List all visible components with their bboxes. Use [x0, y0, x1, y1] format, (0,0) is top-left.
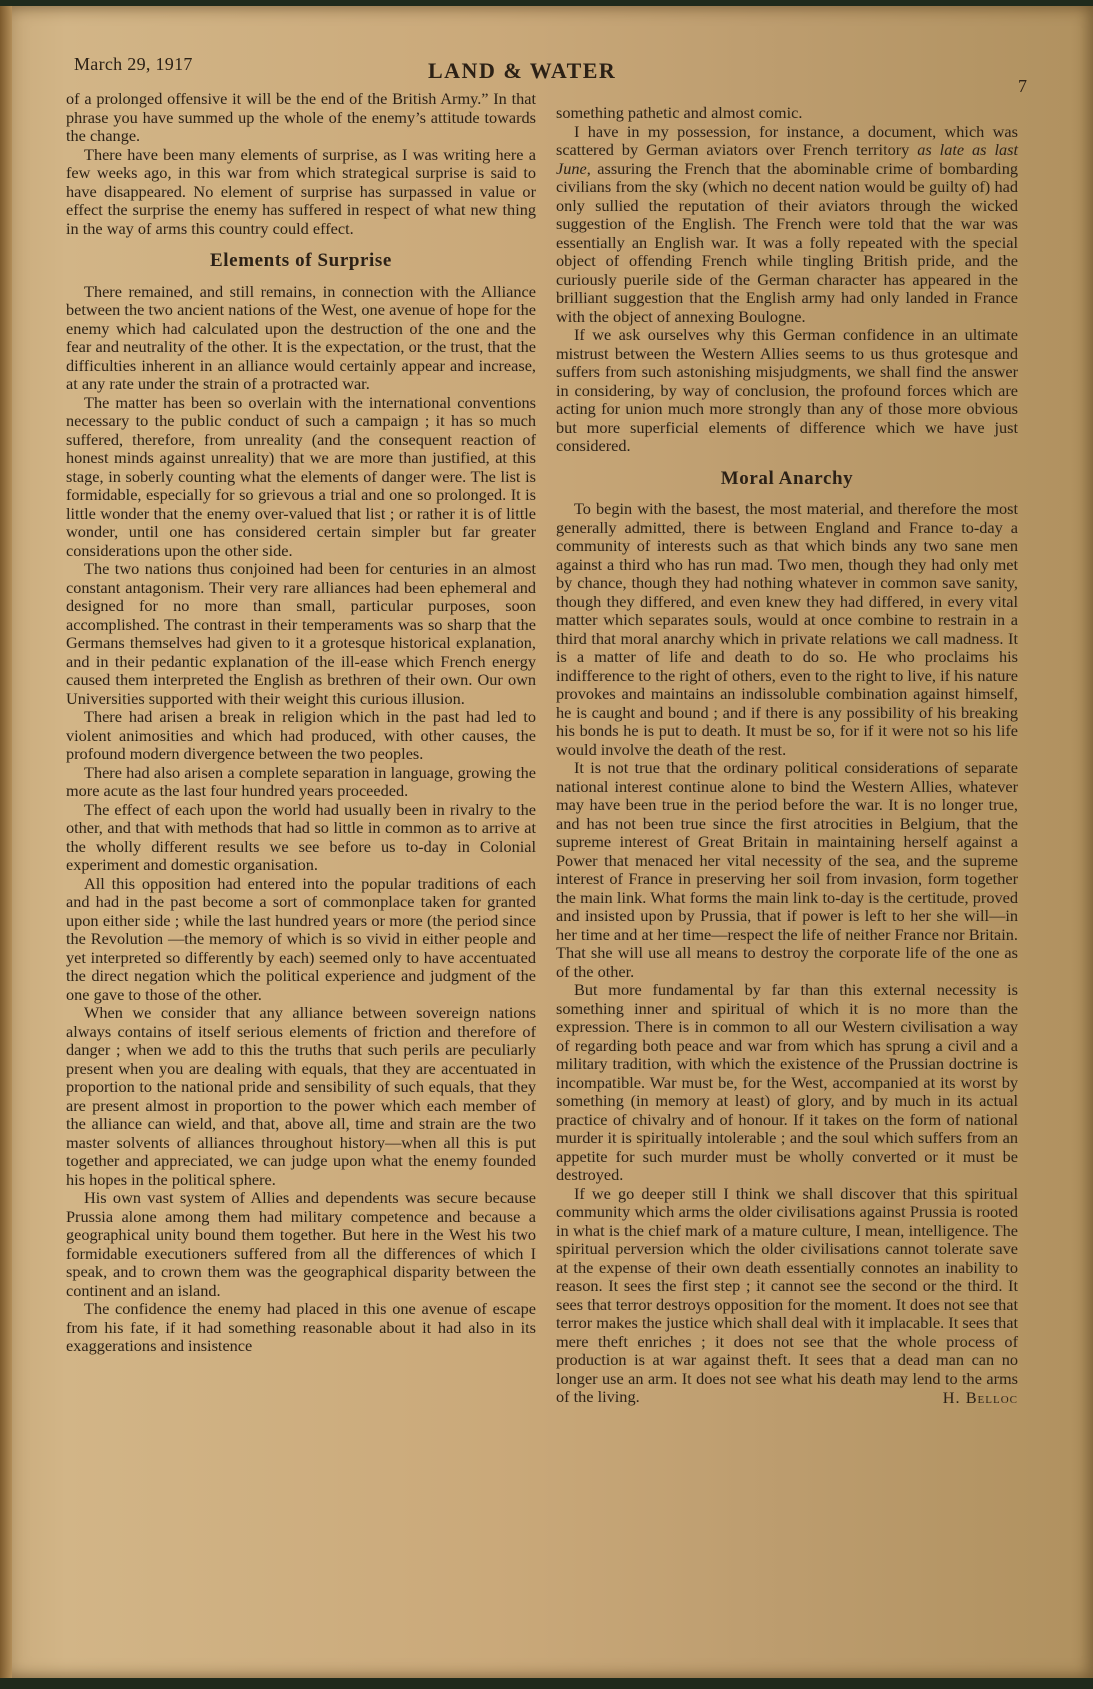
- section-heading: Elements of Surprise: [66, 252, 536, 271]
- paragraph: There have been many elements of surpris…: [66, 146, 536, 239]
- paragraph: If we go deeper still I think we shall d…: [556, 1185, 1018, 1407]
- paragraph: The confidence the enemy had placed in t…: [66, 1300, 536, 1356]
- paragraph: All this opposition had entered into the…: [66, 875, 536, 1005]
- text-run: , assuring the French that the abominabl…: [556, 159, 1018, 326]
- paragraph: The two nations thus conjoined had been …: [66, 560, 536, 708]
- paragraph: The effect of each upon the world had us…: [66, 801, 536, 875]
- paragraph: of a prolonged offensive it will be the …: [66, 90, 536, 146]
- right-column: something pathetic and almost comic. I h…: [556, 104, 1018, 1407]
- paragraph: His own vast system of Allies and depend…: [66, 1189, 536, 1300]
- paragraph: To begin with the basest, the most mater…: [556, 500, 1018, 759]
- paragraph: When we consider that any alliance betwe…: [66, 1004, 536, 1189]
- paragraph: But more fundamental by far than this ex…: [556, 981, 1018, 1185]
- page-binding-edge: [0, 6, 12, 1678]
- section-heading: Moral Anarchy: [556, 470, 1018, 489]
- left-column: of a prolonged offensive it will be the …: [66, 90, 536, 1356]
- paragraph: If we ask ourselves why this German conf…: [556, 326, 1018, 456]
- page-number: 7: [1018, 76, 1027, 97]
- paragraph: It is not true that the ordinary politic…: [556, 759, 1018, 981]
- magazine-page: March 29, 1917 LAND & WATER 7 of a prolo…: [0, 6, 1093, 1678]
- page-header: March 29, 1917 LAND & WATER 7: [72, 50, 1013, 90]
- paragraph: There had arisen a break in religion whi…: [66, 708, 536, 764]
- masthead: LAND & WATER: [428, 58, 616, 84]
- paragraph: I have in my possession, for instance, a…: [556, 123, 1018, 327]
- issue-date: March 29, 1917: [74, 54, 193, 75]
- paragraph: something pathetic and almost comic.: [556, 104, 1018, 123]
- paragraph: The matter has been so overlain with the…: [66, 394, 536, 561]
- paragraph: There had also arisen a complete separat…: [66, 764, 536, 801]
- paragraph: There remained, and still remains, in co…: [66, 283, 536, 394]
